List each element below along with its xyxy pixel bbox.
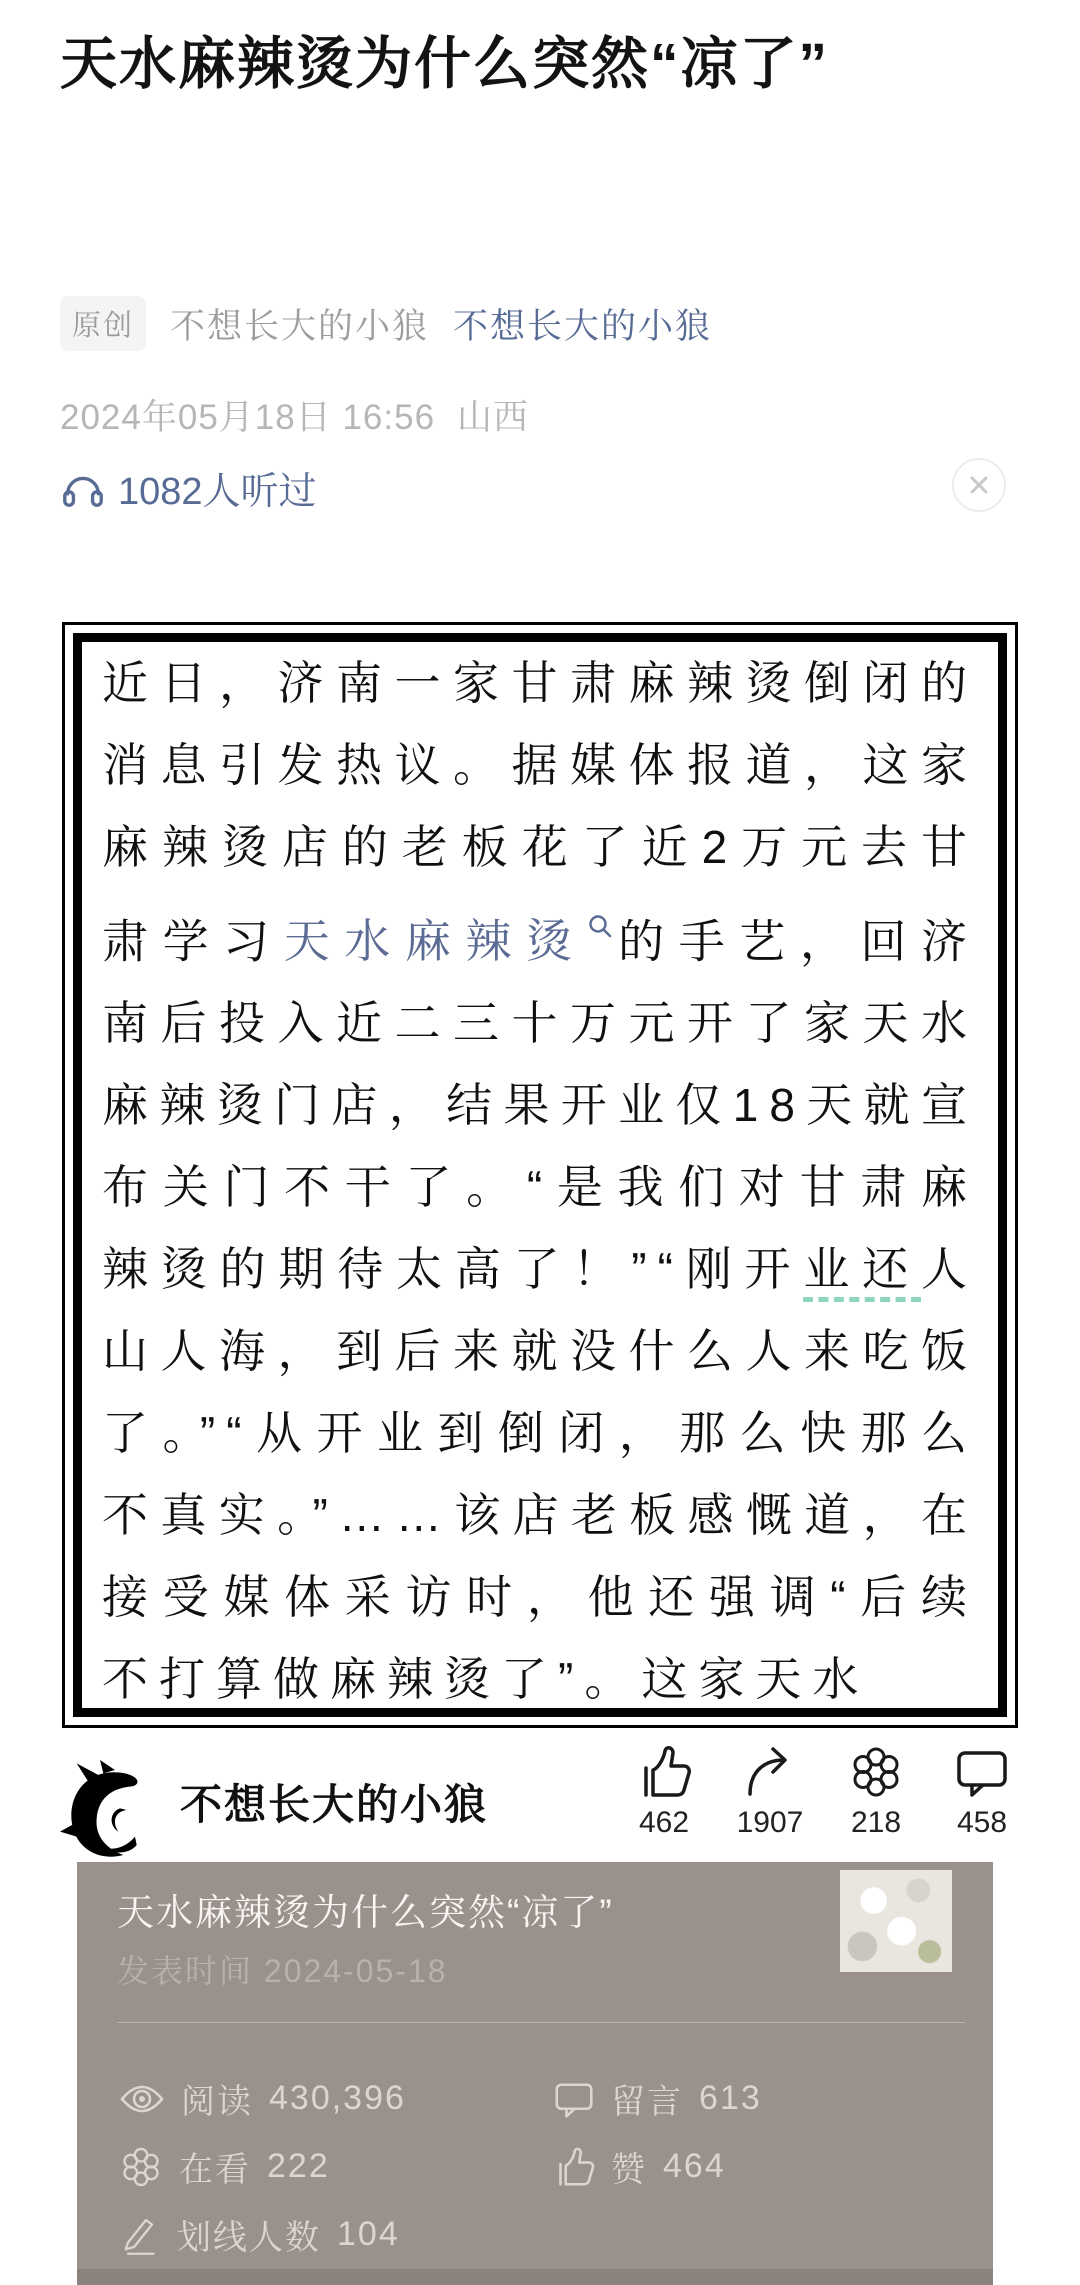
eye-icon [119,2081,165,2117]
close-icon [968,474,990,496]
stat-comments: 留言 613 [553,2074,762,2123]
article-text-2: 的手艺，回济南后投入近二三十万元开了家天水麻辣烫门店，结果开业仅18天就宣布关门… [102,915,978,1295]
listen-row[interactable]: 1082人听过 [60,460,317,515]
article-frame: 近日，济南一家甘肃麻辣烫倒闭的消息引发热议。据媒体报道，这家麻辣烫店的老板花了近… [62,622,1018,1728]
publish-location: 山西 [457,398,529,437]
stat-wows: 在看 222 [119,2142,330,2191]
share-button[interactable]: 1907 [730,1744,810,1840]
stat-label: 留言 [611,2074,683,2123]
card-bottom-strip [77,2269,993,2285]
stat-value: 104 [337,2215,400,2254]
wow-button[interactable]: 218 [836,1744,916,1840]
account-name: 不想长大的小狼 [180,1772,488,1832]
stat-label: 在看 [179,2142,251,2191]
stats-publish-date: 发表时间 2024-05-18 [117,1946,448,1992]
close-button[interactable] [952,458,1006,512]
article-thumbnail [840,1870,952,1972]
like-button[interactable]: 462 [624,1744,704,1840]
divider [117,2022,965,2023]
wow-count: 218 [851,1806,901,1840]
article-page: 天水麻辣烫为什么突然“凉了” 原创 不想长大的小狼 不想长大的小狼 2024年0… [0,0,1080,2285]
headphones-icon [60,465,106,511]
listen-count-label: 1082人听过 [118,460,317,515]
wolf-logo-avatar[interactable] [60,1760,160,1860]
stat-value: 430,396 [269,2079,406,2118]
stat-value: 222 [267,2147,330,2186]
publish-dateline: 2024年05月18日 16:56山西 [60,390,529,440]
article-text-3: 人山人海，到后来就没什么人来吃饭了。”“从开业到倒闭，那么快那么不真实。”……该… [102,1243,978,1705]
comment-bubble-icon [954,1744,1010,1800]
account-link[interactable]: 不想长大的小狼 [453,299,712,349]
stat-value: 464 [663,2147,726,2186]
thumb-up-icon [636,1744,692,1800]
share-arrow-icon [742,1744,798,1800]
stats-card-title: 天水麻辣烫为什么突然“凉了” [117,1882,614,1936]
bottom-toolbar: 不想长大的小狼 462 1907 [0,1736,1080,1862]
page-title: 天水麻辣烫为什么突然“凉了” [60,26,1020,102]
comment-count: 458 [957,1806,1007,1840]
stats-card: 天水麻辣烫为什么突然“凉了” 发表时间 2024-05-18 阅读 430,39… [77,1862,993,2285]
stat-value: 613 [699,2079,762,2118]
wow-flower-icon [119,2145,163,2189]
thumb-up-icon [553,2146,595,2188]
original-badge: 原创 [60,296,146,351]
keyword-link-text: 天水麻辣烫 [284,915,587,967]
search-icon [587,913,615,941]
comment-bubble-icon [553,2078,595,2120]
comment-button[interactable]: 458 [942,1744,1022,1840]
like-count: 462 [639,1806,689,1840]
keyword-link[interactable]: 天水麻辣烫 [284,915,615,967]
stat-label: 赞 [611,2142,647,2191]
publish-date: 2024年05月18日 16:56 [60,398,435,437]
stat-label: 阅读 [181,2074,253,2123]
pencil-icon [119,2214,161,2256]
stat-reads: 阅读 430,396 [119,2074,406,2123]
author-name: 不想长大的小狼 [170,299,429,349]
stat-likes: 赞 464 [553,2142,726,2191]
action-bar: 462 1907 218 [624,1744,1022,1840]
wow-flower-icon [848,1744,904,1800]
byline: 原创 不想长大的小狼 不想长大的小狼 [60,296,712,351]
stat-highlighters: 划线人数 104 [119,2210,400,2259]
stat-label: 划线人数 [177,2210,321,2259]
share-count: 1907 [737,1806,804,1840]
article-body: 近日，济南一家甘肃麻辣烫倒闭的消息引发热议。据媒体报道，这家麻辣烫店的老板花了近… [73,633,1007,1717]
highlighted-text: 业还 [803,1243,921,1302]
